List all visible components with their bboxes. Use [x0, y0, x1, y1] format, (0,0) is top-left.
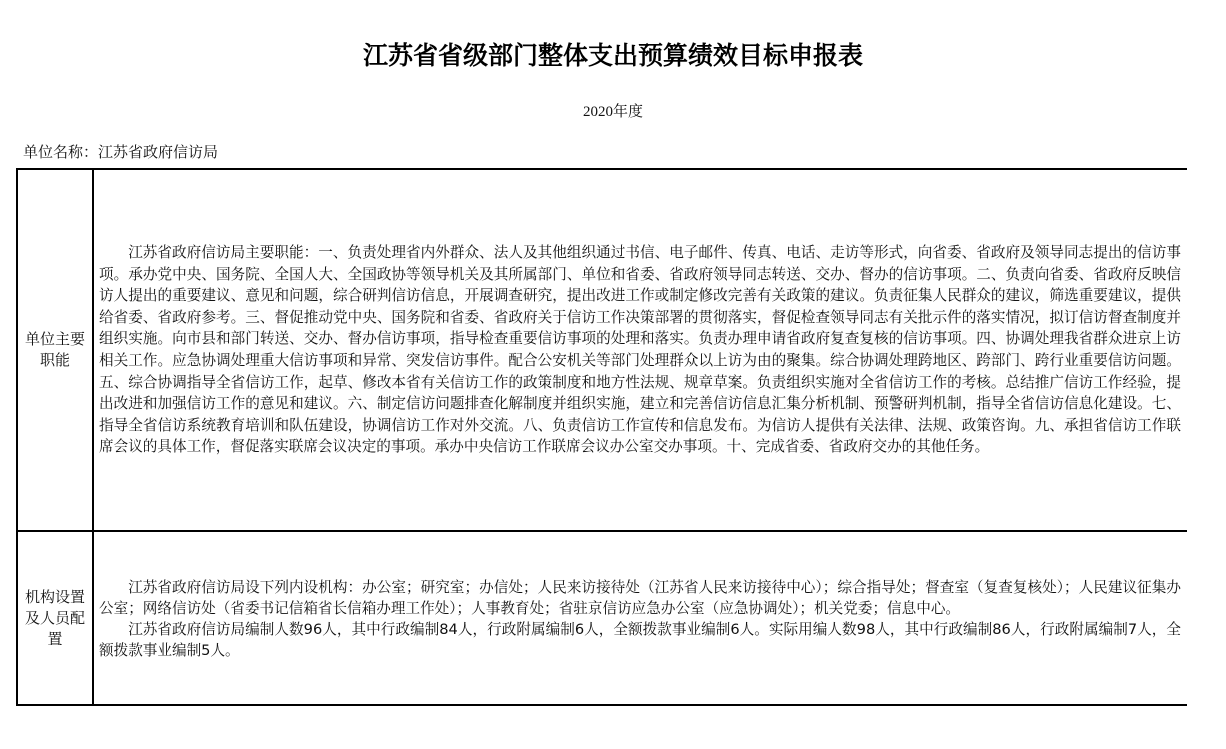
- main-functions-text: 江苏省政府信访局主要职能：一、负责处理省内外群众、法人及其他组织通过书信、电子邮…: [99, 242, 1181, 458]
- row-label-main-functions: 单位主要职能: [16, 170, 94, 530]
- unit-name: 单位名称：江苏省政府信访局: [23, 141, 218, 162]
- main-functions-content: 江苏省政府信访局主要职能：一、负责处理省内外群众、法人及其他组织通过书信、电子邮…: [94, 170, 1187, 530]
- table-row-main-functions: 单位主要职能 江苏省政府信访局主要职能：一、负责处理省内外群众、法人及其他组织通…: [16, 170, 1187, 532]
- staffing-text: 江苏省政府信访局编制人数96人，其中行政编制84人，行政附属编制6人，全额拨款事…: [99, 619, 1181, 661]
- fiscal-year: 2020年度: [0, 100, 1226, 121]
- row-label-organization-staffing: 机构设置及人员配置: [16, 532, 94, 704]
- organization-text: 江苏省政府信访局设下列内设机构：办公室；研究室；办信处；人民来访接待处（江苏省人…: [99, 577, 1181, 619]
- organization-staffing-content: 江苏省政府信访局设下列内设机构：办公室；研究室；办信处；人民来访接待处（江苏省人…: [94, 532, 1187, 704]
- budget-table: 单位主要职能 江苏省政府信访局主要职能：一、负责处理省内外群众、法人及其他组织通…: [16, 168, 1187, 706]
- table-row-organization-staffing: 机构设置及人员配置 江苏省政府信访局设下列内设机构：办公室；研究室；办信处；人民…: [16, 532, 1187, 706]
- document-title: 江苏省省级部门整体支出预算绩效目标申报表: [0, 36, 1226, 72]
